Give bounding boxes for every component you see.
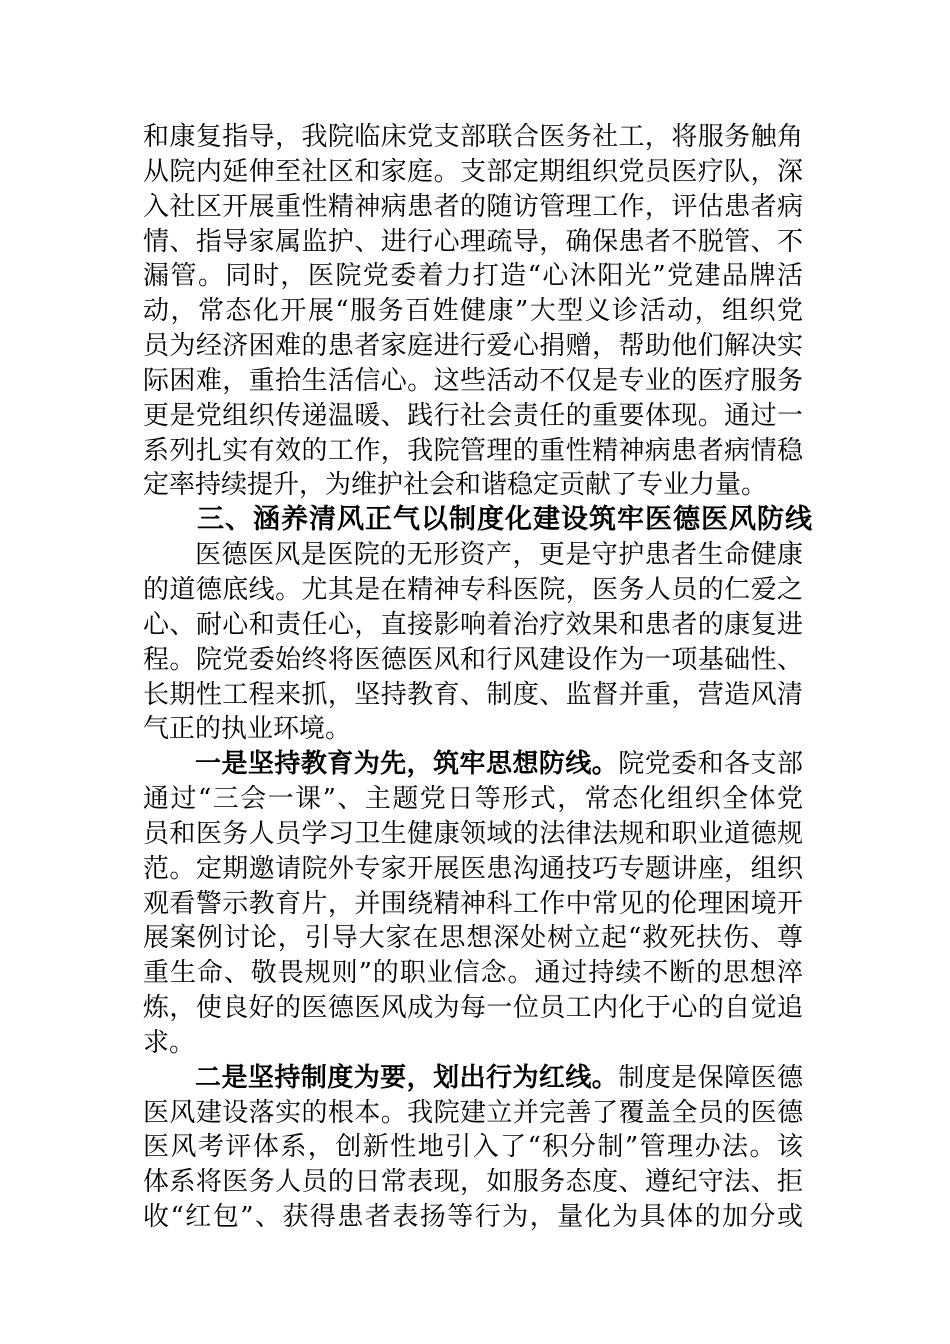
text-line: 从院内延伸至社区和家庭。支部定期组织党员医疗队，深 [143, 155, 803, 190]
text-line: 展案例讨论，引导大家在思想深处树立起“救死扶伤、尊 [143, 921, 803, 956]
text-segment: 制度是保障医德 [618, 1063, 803, 1093]
text-line: 气正的执业环境。 [143, 712, 803, 747]
text-segment: 医风考评体系，创新性地引入了“积分制”管理办法。该 [143, 1132, 803, 1162]
bold-text-segment: 三、涵养清风正气以制度化建设筑牢医德医风防线 [197, 504, 813, 535]
text-segment: 系列扎实有效的工作，我院管理的重性精神病患者病情稳 [143, 436, 803, 466]
text-segment: 范。定期邀请院外专家开展医患沟通技巧专题讲座，组织 [143, 854, 803, 884]
text-segment: 炼，使良好的医德医风成为每一位员工内化于心的自觉追 [143, 993, 803, 1023]
text-line: 医风建设落实的根本。我院建立并完善了覆盖全员的医德 [143, 1096, 803, 1131]
text-line: 和康复指导，我院临床党支部联合医务社工，将服务触角 [143, 120, 803, 155]
text-line: 定率持续提升，为维护社会和谐稳定贡献了专业力量。 [143, 468, 803, 503]
text-segment: 动，常态化开展“服务百姓健康”大型义诊活动，组织党 [143, 296, 803, 326]
text-segment: 观看警示教育片，并围绕精神科工作中常见的伦理困境开 [143, 889, 803, 919]
text-segment: 长期性工程来抓，坚持教育、制度、监督并重，营造风清 [143, 680, 803, 710]
bold-text-segment: 一是坚持教育为先，筑牢思想防线。 [195, 749, 618, 779]
text-segment: 际困难，重拾生活信心。这些活动不仅是专业的医疗服务 [143, 366, 803, 396]
text-line: 员为经济困难的患者家庭进行爱心捐赠，帮助他们解决实 [143, 329, 803, 364]
text-segment: 从院内延伸至社区和家庭。支部定期组织党员医疗队，深 [143, 157, 803, 187]
text-segment: 程。院党委始终将医德医风和行风建设作为一项基础性、 [143, 645, 803, 675]
text-line: 心、耐心和责任心，直接影响着治疗效果和患者的康复进 [143, 608, 803, 643]
text-line: 观看警示教育片，并围绕精神科工作中常见的伦理困境开 [143, 887, 803, 922]
text-segment: 更是党组织传递温暖、践行社会责任的重要体现。通过一 [143, 401, 803, 431]
text-line: 的道德底线。尤其是在精神专科医院，医务人员的仁爱之 [143, 573, 803, 608]
text-segment: 气正的执业环境。 [143, 714, 351, 744]
text-segment: 院党委和各支部 [618, 749, 803, 779]
text-line: 系列扎实有效的工作，我院管理的重性精神病患者病情稳 [143, 434, 803, 469]
text-segment: 医风建设落实的根本。我院建立并完善了覆盖全员的医德 [143, 1098, 803, 1128]
text-segment: 重生命、敬畏规则”的职业信念。通过持续不断的思想淬 [143, 958, 803, 988]
text-line: 通过“三会一课”、主题党日等形式，常态化组织全体党 [143, 782, 803, 817]
text-segment: 体系将医务人员的日常表现，如服务态度、遵纪守法、拒 [143, 1167, 803, 1197]
text-line: 医德医风是医院的无形资产，更是守护患者生命健康 [143, 538, 803, 573]
section-heading: 三、涵养清风正气以制度化建设筑牢医德医风防线 [143, 503, 803, 538]
text-segment: 定率持续提升，为维护社会和谐稳定贡献了专业力量。 [143, 470, 767, 500]
text-line: 收“红包”、获得患者表扬等行为，量化为具体的加分或 [143, 1200, 803, 1235]
text-segment: 心、耐心和责任心，直接影响着治疗效果和患者的康复进 [143, 610, 803, 640]
bold-text-segment: 二是坚持制度为要，划出行为红线。 [195, 1063, 618, 1093]
text-segment: 的道德底线。尤其是在精神专科医院，医务人员的仁爱之 [143, 575, 803, 605]
text-line: 际困难，重拾生活信心。这些活动不仅是专业的医疗服务 [143, 364, 803, 399]
text-segment: 入社区开展重性精神病患者的随访管理工作，评估患者病 [143, 192, 803, 222]
text-segment: 和康复指导，我院临床党支部联合医务社工，将服务触角 [143, 122, 803, 152]
text-line: 程。院党委始终将医德医风和行风建设作为一项基础性、 [143, 643, 803, 678]
text-line: 体系将医务人员的日常表现，如服务态度、遵纪守法、拒 [143, 1165, 803, 1200]
text-line: 长期性工程来抓，坚持教育、制度、监督并重，营造风清 [143, 678, 803, 713]
text-line: 动，常态化开展“服务百姓健康”大型义诊活动，组织党 [143, 294, 803, 329]
text-segment: 收“红包”、获得患者表扬等行为，量化为具体的加分或 [143, 1202, 803, 1232]
text-segment: 情、指导家属监护、进行心理疏导，确保患者不脱管、不 [143, 227, 803, 257]
text-line: 求。 [143, 1026, 803, 1061]
text-line: 一是坚持教育为先，筑牢思想防线。院党委和各支部 [143, 747, 803, 782]
text-segment: 员为经济困难的患者家庭进行爱心捐赠，帮助他们解决实 [143, 331, 803, 361]
text-segment: 通过“三会一课”、主题党日等形式，常态化组织全体党 [143, 784, 803, 814]
text-segment: 展案例讨论，引导大家在思想深处树立起“救死扶伤、尊 [143, 923, 803, 953]
text-line: 重生命、敬畏规则”的职业信念。通过持续不断的思想淬 [143, 956, 803, 991]
text-line: 更是党组织传递温暖、践行社会责任的重要体现。通过一 [143, 399, 803, 434]
text-line: 漏管。同时，医院党委着力打造“心沐阳光”党建品牌活 [143, 259, 803, 294]
text-line: 范。定期邀请院外专家开展医患沟通技巧专题讲座，组织 [143, 852, 803, 887]
text-line: 医风考评体系，创新性地引入了“积分制”管理办法。该 [143, 1130, 803, 1165]
text-segment: 求。 [143, 1028, 195, 1058]
document-page: 和康复指导，我院临床党支部联合医务社工，将服务触角从院内延伸至社区和家庭。支部定… [0, 0, 950, 1344]
text-segment: 漏管。同时，医院党委着力打造“心沐阳光”党建品牌活 [143, 261, 803, 291]
text-line: 入社区开展重性精神病患者的随访管理工作，评估患者病 [143, 190, 803, 225]
text-line: 员和医务人员学习卫生健康领域的法律法规和职业道德规 [143, 817, 803, 852]
text-line: 二是坚持制度为要，划出行为红线。制度是保障医德 [143, 1061, 803, 1096]
text-segment: 医德医风是医院的无形资产，更是守护患者生命健康 [195, 540, 803, 570]
text-block: 和康复指导，我院临床党支部联合医务社工，将服务触角从院内延伸至社区和家庭。支部定… [143, 120, 803, 1235]
text-segment: 员和医务人员学习卫生健康领域的法律法规和职业道德规 [143, 819, 803, 849]
text-line: 情、指导家属监护、进行心理疏导，确保患者不脱管、不 [143, 225, 803, 260]
text-line: 炼，使良好的医德医风成为每一位员工内化于心的自觉追 [143, 991, 803, 1026]
